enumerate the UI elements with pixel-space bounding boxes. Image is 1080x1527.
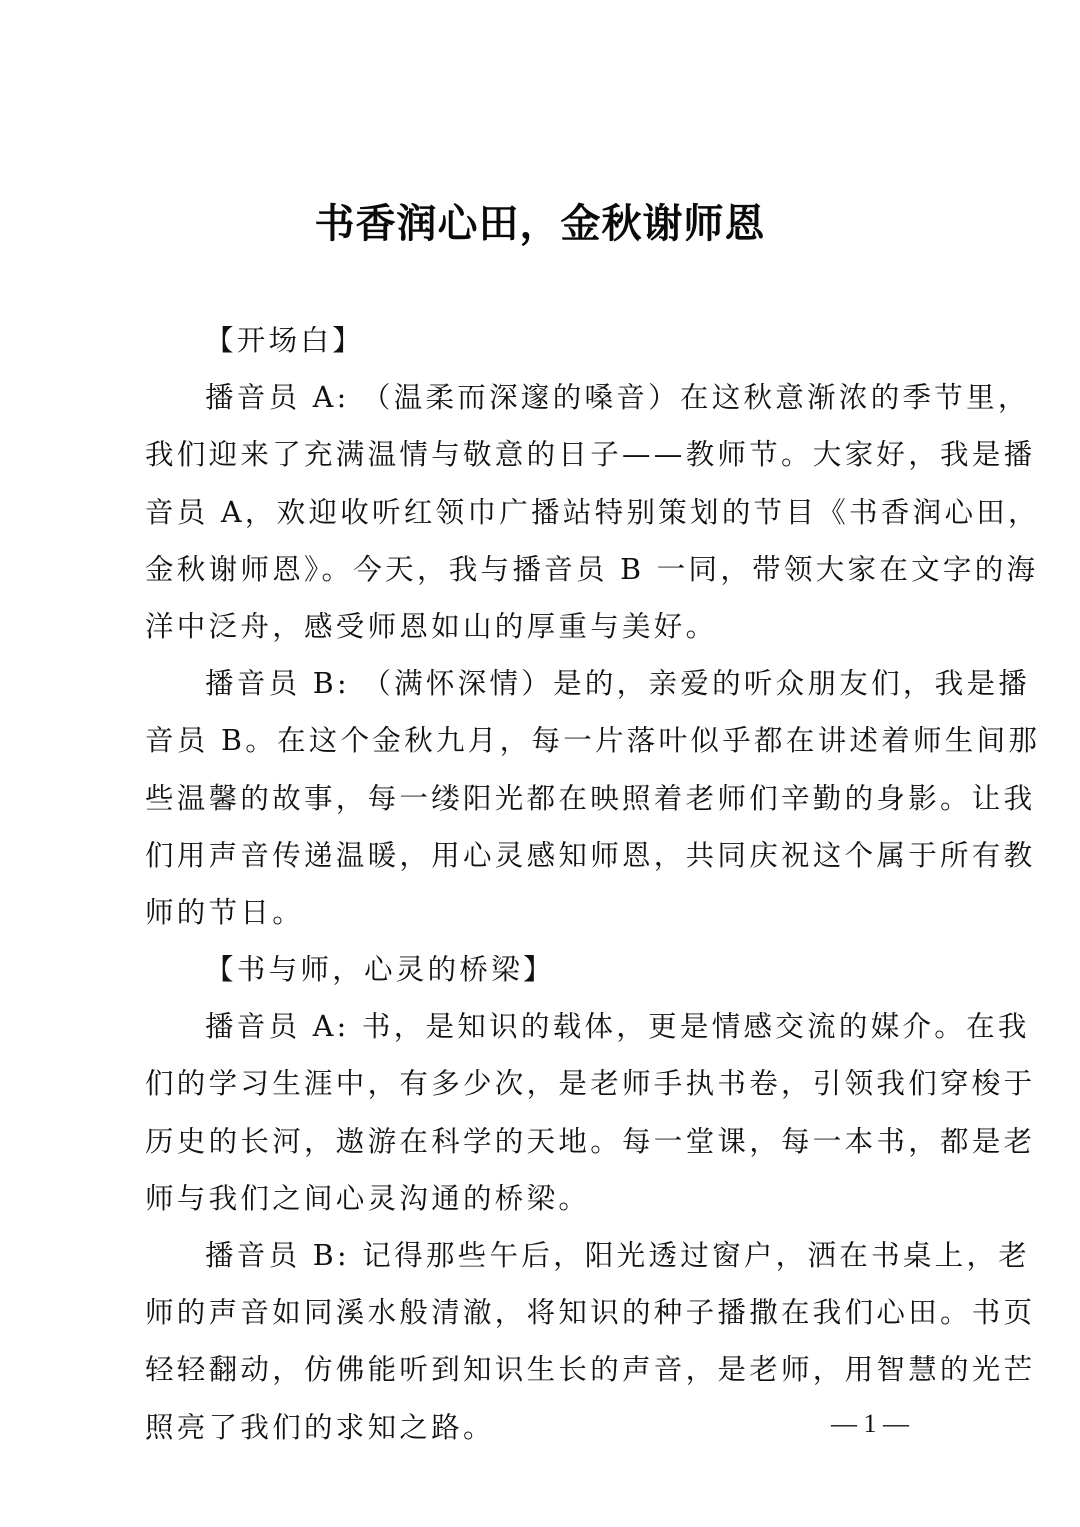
paragraph-line: 师的声音如同溪水般清澈，将知识的种子播撒在我们心田。书页 <box>145 1284 947 1341</box>
paragraph-line: 音员 A，欢迎收听红领巾广播站特别策划的节目《书香润心田， <box>145 484 947 541</box>
paragraph-line: 播音员 A: （温柔而深邃的嗓音）在这秋意渐浓的季节里， <box>145 369 947 426</box>
paragraph-line: 播音员 A: 书，是知识的载体，更是情感交流的媒介。在我 <box>145 998 947 1055</box>
document-title: 书香润心田，金秋谢师恩 <box>0 196 1080 252</box>
paragraph-line: 我们迎来了充满温情与敬意的日子——教师节。大家好，我是播 <box>145 426 947 483</box>
paragraph-line: 播音员 B: （满怀深情）是的，亲爱的听众朋友们，我是播 <box>145 655 947 712</box>
paragraph-line: 们的学习生涯中，有多少次，是老师手执书卷，引领我们穿梭于 <box>145 1055 947 1112</box>
section-heading: 【开场白】 <box>145 312 947 369</box>
paragraph-line: 们用声音传递温暖，用心灵感知师恩，共同庆祝这个属于所有教 <box>145 827 947 884</box>
paragraph-line: 轻轻翻动，仿佛能听到知识生长的声音，是老师，用智慧的光芒 <box>145 1341 947 1398</box>
paragraph-line: 金秋谢师恩》。今天，我与播音员 B 一同，带领大家在文字的海 <box>145 541 947 598</box>
page-number: — 1 — <box>815 1404 925 1444</box>
paragraph: 播音员 A: 书，是知识的载体，更是情感交流的媒介。在我 们的学习生涯中，有多少… <box>145 998 947 1227</box>
paragraph-line: 些温馨的故事，每一缕阳光都在映照着老师们辛勤的身影。让我 <box>145 770 947 827</box>
paragraph-line: 师与我们之间心灵沟通的桥梁。 <box>145 1170 947 1227</box>
paragraph-line: 洋中泛舟，感受师恩如山的厚重与美好。 <box>145 598 947 655</box>
paragraph-line: 音员 B。在这个金秋九月，每一片落叶似乎都在讲述着师生间那 <box>145 712 947 769</box>
paragraph-line: 播音员 B: 记得那些午后，阳光透过窗户，洒在书桌上，老 <box>145 1227 947 1284</box>
paragraph: 播音员 A: （温柔而深邃的嗓音）在这秋意渐浓的季节里， 我们迎来了充满温情与敬… <box>145 369 947 655</box>
document-page: 书香润心田，金秋谢师恩 【开场白】 播音员 A: （温柔而深邃的嗓音）在这秋意渐… <box>0 0 1080 1527</box>
document-body: 【开场白】 播音员 A: （温柔而深邃的嗓音）在这秋意渐浓的季节里， 我们迎来了… <box>145 312 947 1456</box>
paragraph-line: 师的节日。 <box>145 884 947 941</box>
section-heading: 【书与师，心灵的桥梁】 <box>145 941 947 998</box>
paragraph-line: 历史的长河，遨游在科学的天地。每一堂课，每一本书，都是老 <box>145 1113 947 1170</box>
paragraph: 播音员 B: （满怀深情）是的，亲爱的听众朋友们，我是播 音员 B。在这个金秋九… <box>145 655 947 941</box>
